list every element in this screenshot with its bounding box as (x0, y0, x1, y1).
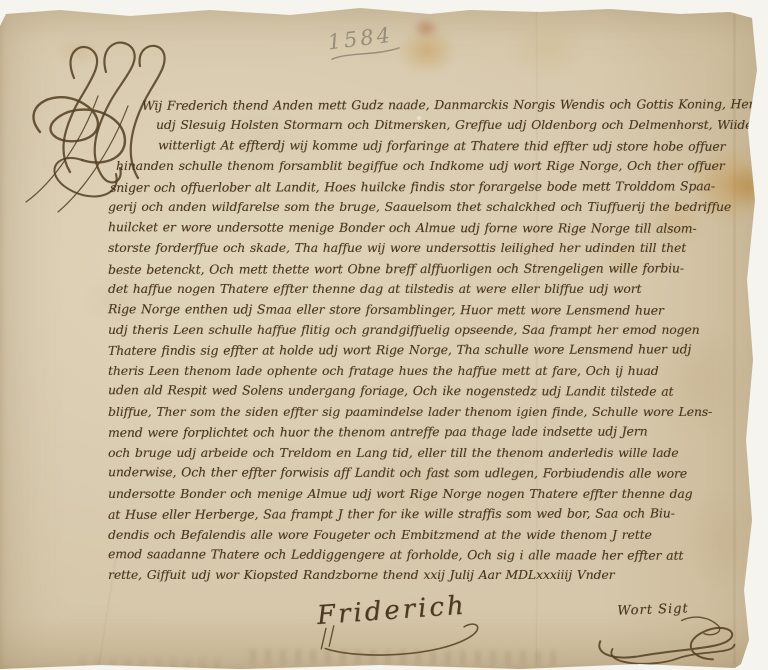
letter-line: Rige Norge enthen udj Smaa eller store f… (108, 299, 753, 321)
photo-backdrop: 1584 Wij Frederich thend Anden mett Gudz… (0, 0, 768, 670)
letter-line: sniger och offuerlober alt Landit, Hoes … (110, 176, 753, 198)
letter-line: hinanden schulle thenom forsamblit begif… (116, 156, 753, 176)
pencil-year-annotation: 1584 (326, 22, 403, 63)
letter-line: det haffue nogen Thatere effter thenne d… (108, 279, 753, 299)
letter-line: huilcket er wore undersotte menige Bonde… (108, 217, 753, 239)
letter-line: beste betenckt, Och mett thette wort Obn… (108, 258, 753, 280)
king-signature: Friderich (316, 587, 520, 665)
letter-line: emod saadanne Thatere och Leddiggengere … (108, 544, 753, 566)
letter-line: och bruge udj arbeide och Treldom en Lan… (108, 443, 753, 463)
stain (413, 18, 439, 38)
letter-line: rette, Giffuit udj wor Kiopsted Randzbor… (108, 565, 753, 585)
letter-line: Thatere findis sig effter at holde udj w… (108, 340, 753, 362)
letter-line: udj theris Leen schulle haffue flitig oc… (108, 320, 753, 340)
stain (56, 36, 100, 66)
letter-line: bliffue, Ther som the siden effter sig p… (108, 402, 753, 422)
letter-line: mend were forplichtet och huor the theno… (108, 421, 753, 443)
letter-body: Wij Frederich thend Anden mett Gudz naad… (108, 95, 753, 586)
letter-line: Wij Frederich thend Anden mett Gudz naad… (142, 94, 753, 116)
letter-line: at Huse eller Herberge, Saa frampt J the… (108, 503, 753, 525)
letter-line: uden ald Respit wed Solens undergang for… (108, 380, 753, 402)
letter-line: theris Leen thenom lade ophente och frat… (108, 361, 753, 381)
letter-line: udj Slesuig Holsten Stormarn och Ditmers… (156, 115, 753, 135)
countersignature-text: Wort Sigt (617, 601, 689, 618)
secretary-countersignature: Wort Sigt (591, 595, 743, 670)
stain (508, 14, 582, 80)
parchment-sheet: 1584 Wij Frederich thend Anden mett Gudz… (0, 0, 768, 670)
letter-line: witterligt At effterdj wij komme udj for… (158, 135, 753, 157)
letter-line: undersotte Bonder och menige Almue udj w… (108, 484, 753, 504)
countersignature-paraph-icon (591, 610, 743, 670)
ink-bleedthrough (80, 658, 220, 670)
letter-line: dendis och Befalendis alle wore Fougeter… (108, 525, 753, 545)
letter-line: underwise, Och ther effter forwisis aff … (108, 462, 753, 484)
letter-line: storste forderffue och skade, Tha haffue… (108, 238, 753, 258)
stain (398, 28, 456, 74)
letter-line: gerij och anden wildfarelse som the brug… (108, 197, 753, 217)
